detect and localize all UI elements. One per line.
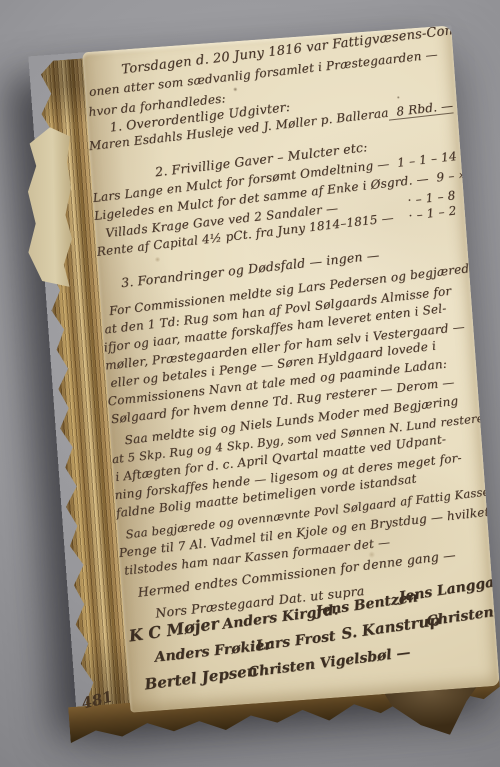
signature-text: Lars Frost: [255, 628, 336, 654]
photo-background: Torsdagen d. 20 Juny 1816 var Fattigvæse…: [0, 0, 500, 767]
signature: Lars Frost: [255, 629, 336, 653]
ledger-amount: 8 Rbd. —: [388, 99, 454, 120]
ledger-amount: 1 – 1 – 14: [389, 150, 458, 170]
book: Torsdagen d. 20 Juny 1816 var Fattigvæse…: [28, 25, 499, 716]
signature: Christen Horbar: [426, 596, 500, 628]
signature-text: Jens Langgaard: [398, 570, 500, 605]
signature: Jens Langgaard: [398, 571, 500, 604]
signature-text: Bertel Jepsen: [143, 661, 258, 693]
signature-text: Christen Horbar: [426, 596, 500, 630]
ledger-amount: 9 – » – »: [428, 166, 488, 185]
manuscript-page: Torsdagen d. 20 Juny 1816 var Fattigvæse…: [82, 25, 499, 712]
signature: Bertel Jepsen: [144, 663, 259, 692]
signature: K C Møjer: [128, 616, 220, 645]
